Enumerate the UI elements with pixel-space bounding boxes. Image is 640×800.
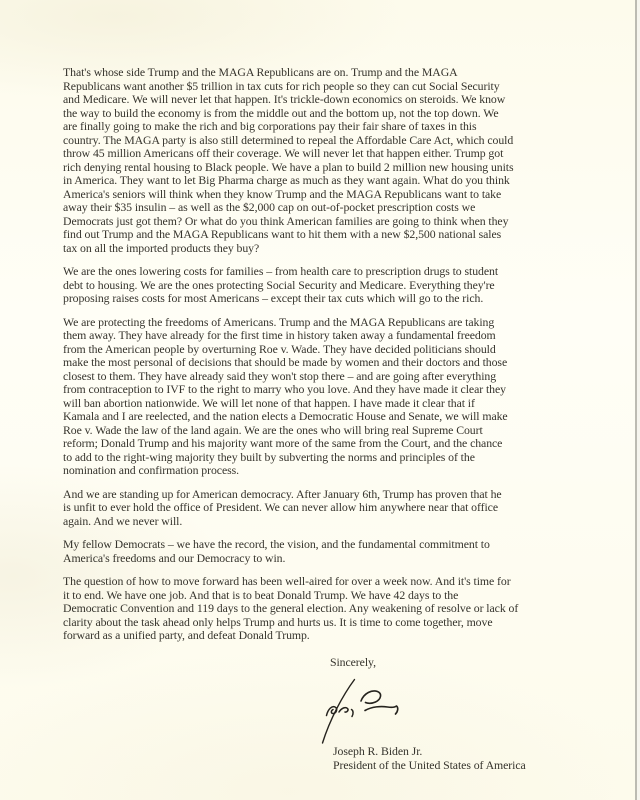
paragraph: And we are standing up for American demo… bbox=[63, 488, 568, 529]
text-line: throw 45 million Americans off their cov… bbox=[63, 147, 568, 161]
paragraph: We are protecting the freedoms of Americ… bbox=[63, 316, 568, 478]
joe-biden-signature-icon bbox=[308, 668, 412, 752]
text-line: are finally going to make the rich and b… bbox=[63, 120, 568, 134]
signer-title: President of the United States of Americ… bbox=[333, 759, 526, 773]
text-line: America's freedoms and our Democracy to … bbox=[63, 552, 568, 566]
text-line: again. And we never will. bbox=[63, 515, 568, 529]
text-line: to add to the right-wing majority they b… bbox=[63, 451, 568, 465]
text-line: will ban abortion nationwide. We will le… bbox=[63, 397, 568, 411]
text-line: nomination and confirmation process. bbox=[63, 464, 568, 478]
paragraph: My fellow Democrats – we have the record… bbox=[63, 538, 568, 565]
signer-name: Joseph R. Biden Jr. bbox=[333, 745, 526, 759]
text-line: We are the ones lowering costs for famil… bbox=[63, 265, 568, 279]
text-line: That's whose side Trump and the MAGA Rep… bbox=[63, 66, 568, 80]
text-line: the way to build the economy is from the… bbox=[63, 107, 568, 121]
letter-body: That's whose side Trump and the MAGA Rep… bbox=[63, 66, 568, 643]
text-line: Democratic Convention and 119 days to th… bbox=[63, 602, 568, 616]
text-line: find out Trump and the MAGA Republicans … bbox=[63, 228, 568, 242]
text-line: is unfit to ever hold the office of Pres… bbox=[63, 501, 568, 515]
text-line: America's seniors will think when they k… bbox=[63, 188, 568, 202]
text-line: Roe v. Wade the law of the land again. W… bbox=[63, 424, 568, 438]
text-line: clarity about the task ahead only helps … bbox=[63, 616, 568, 630]
text-line: And we are standing up for American demo… bbox=[63, 488, 568, 502]
paper-edge-shadow bbox=[635, 0, 637, 800]
text-line: Democrats just got them? Or what do you … bbox=[63, 215, 568, 229]
text-line: from the American people by overturning … bbox=[63, 343, 568, 357]
text-line: proposing raises costs for most American… bbox=[63, 292, 568, 306]
signature-block: Joseph R. Biden Jr. President of the Uni… bbox=[333, 745, 526, 772]
signature-scrawl-svg bbox=[308, 668, 412, 752]
text-line: from contraception to IVF to the right t… bbox=[63, 383, 568, 397]
text-line: away their $35 insulin – as well as the … bbox=[63, 201, 568, 215]
text-line: make the most personal of decisions that… bbox=[63, 356, 568, 370]
text-line: We are protecting the freedoms of Americ… bbox=[63, 316, 568, 330]
text-line: them away. They have already for the fir… bbox=[63, 329, 568, 343]
text-line: reform; Donald Trump and his majority wa… bbox=[63, 437, 568, 451]
text-line: forward as a unified party, and defeat D… bbox=[63, 629, 568, 643]
text-line: My fellow Democrats – we have the record… bbox=[63, 538, 568, 552]
paragraph: That's whose side Trump and the MAGA Rep… bbox=[63, 66, 568, 255]
text-line: country. The MAGA party is also still de… bbox=[63, 134, 568, 148]
text-line: Kamala and I are reelected, and the nati… bbox=[63, 410, 568, 424]
text-line: Republicans want another $5 trillion in … bbox=[63, 80, 568, 94]
text-line: rich denying rental housing to Black peo… bbox=[63, 161, 568, 175]
text-line: tax on all the imported products they bu… bbox=[63, 242, 568, 256]
paragraph: The question of how to move forward has … bbox=[63, 575, 568, 643]
text-line: and Medicare. We will never let that hap… bbox=[63, 93, 568, 107]
text-line: The question of how to move forward has … bbox=[63, 575, 568, 589]
text-line: debt to housing. We are the ones protect… bbox=[63, 279, 568, 293]
text-line: in America. They want to let Big Pharma … bbox=[63, 174, 568, 188]
paragraph: We are the ones lowering costs for famil… bbox=[63, 265, 568, 306]
letter-paper: That's whose side Trump and the MAGA Rep… bbox=[0, 0, 640, 800]
text-line: closest to them. They have already said … bbox=[63, 370, 568, 384]
text-line: it to end. We have one job. And that is … bbox=[63, 589, 568, 603]
